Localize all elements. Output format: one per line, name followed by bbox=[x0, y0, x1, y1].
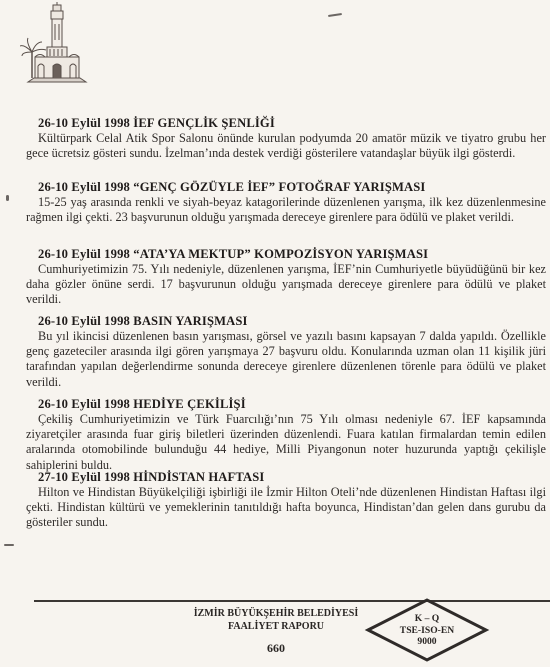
section-gençlik-şenliği: 26-10 Eylül 1998 İEF GENÇLİK ŞENLİĞİ Kül… bbox=[26, 116, 546, 161]
section-title: 26-10 Eylül 1998 BASIN YARIŞMASI bbox=[38, 314, 546, 329]
scan-mark bbox=[4, 544, 14, 546]
section-body: Çekiliş Cumhuriyetimizin ve Türk Fuarcıl… bbox=[26, 412, 546, 473]
clock-tower-icon bbox=[20, 2, 92, 84]
section-title: 26-10 Eylül 1998 İEF GENÇLİK ŞENLİĞİ bbox=[38, 116, 546, 131]
footer-report-title: FAALİYET RAPORU bbox=[176, 621, 376, 634]
section-hindistan-haftası: 27-10 Eylül 1998 HİNDİSTAN HAFTASI Hilto… bbox=[26, 470, 546, 531]
section-body: Cumhuriyetimizin 75. Yılı nedeniyle, düz… bbox=[26, 262, 546, 308]
section-title: 26-10 Eylül 1998 HEDİYE ÇEKİLİŞİ bbox=[38, 397, 546, 412]
section-foto-yarışması: 26-10 Eylül 1998 “GENÇ GÖZÜYLE İEF” FOTO… bbox=[26, 180, 546, 225]
section-hediye-çekilişi: 26-10 Eylül 1998 HEDİYE ÇEKİLİŞİ Çekiliş… bbox=[26, 397, 546, 473]
section-basın-yarışması: 26-10 Eylül 1998 BASIN YARIŞMASI Bu yıl … bbox=[26, 314, 546, 390]
badge-line-kq: K – Q bbox=[382, 613, 472, 625]
page-number: 660 bbox=[246, 641, 306, 656]
section-body: Bu yıl ikincisi düzenlenen basın yarışma… bbox=[26, 329, 546, 390]
scan-mark bbox=[328, 13, 342, 17]
section-title: 26-10 Eylül 1998 “GENÇ GÖZÜYLE İEF” FOTO… bbox=[38, 180, 546, 195]
section-body: Kültürpark Celal Atik Spor Salonu önünde… bbox=[26, 131, 546, 161]
badge-line-number: 9000 bbox=[382, 636, 472, 648]
section-body: 15-25 yaş arasında renkli ve siyah-beyaz… bbox=[26, 195, 546, 225]
footer-org-name: İZMİR BÜYÜKŞEHİR BELEDİYESİ bbox=[176, 608, 376, 621]
badge-line-standard: TSE-ISO-EN bbox=[382, 625, 472, 637]
certification-badge: K – Q TSE-ISO-EN 9000 bbox=[382, 613, 472, 648]
section-title: 27-10 Eylül 1998 HİNDİSTAN HAFTASI bbox=[38, 470, 546, 485]
footer-organization: İZMİR BÜYÜKŞEHİR BELEDİYESİ FAALİYET RAP… bbox=[176, 608, 376, 633]
section-title: 26-10 Eylül 1998 “ATA’YA MEKTUP” KOMPOZİ… bbox=[38, 247, 546, 262]
section-body: Hilton ve Hindistan Büyükelçiliği işbirl… bbox=[26, 485, 546, 531]
section-kompozisyon-yarışması: 26-10 Eylül 1998 “ATA’YA MEKTUP” KOMPOZİ… bbox=[26, 247, 546, 308]
scan-mark bbox=[6, 195, 9, 201]
